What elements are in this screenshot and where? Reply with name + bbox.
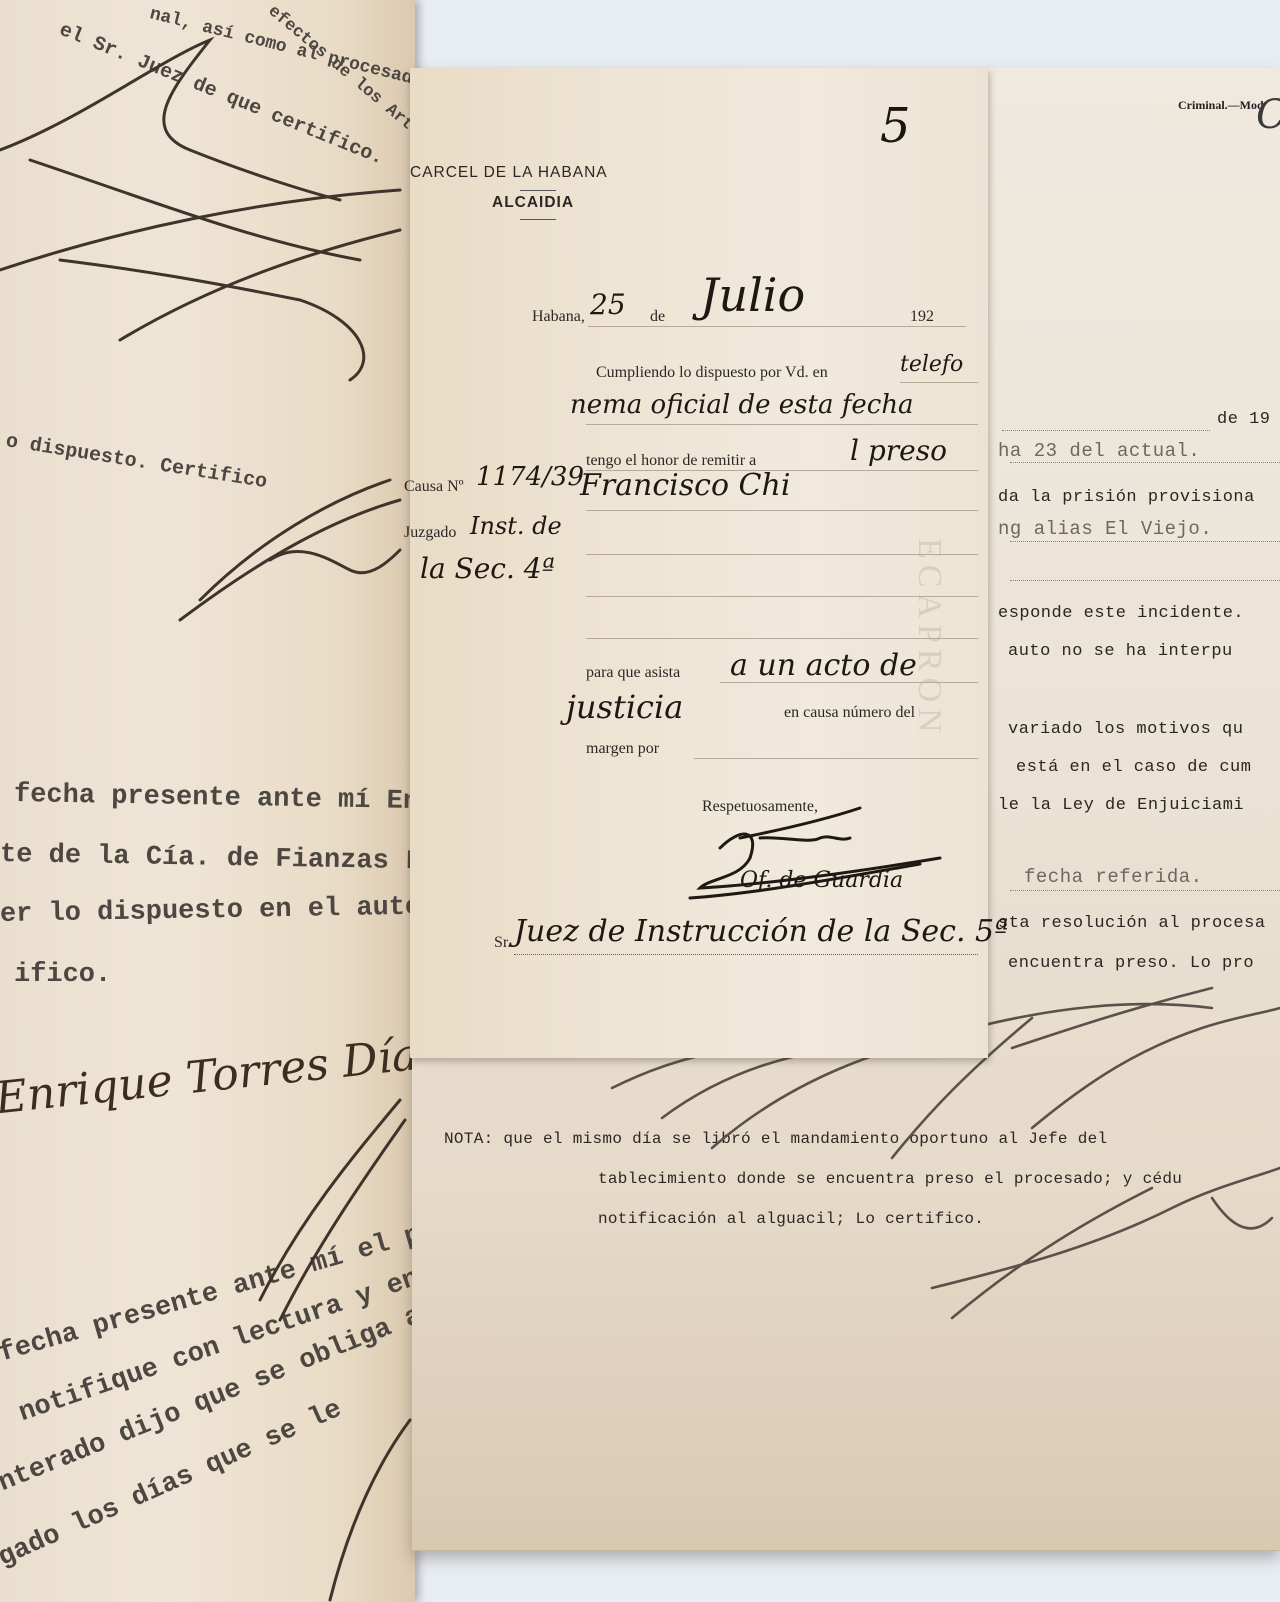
left-line-dispuesto: o dispuesto. Certifico [4, 430, 268, 494]
juzgado-label: Juzgado [404, 524, 456, 542]
typed-line-ley: le la Ley de Enjuiciami [998, 796, 1244, 815]
prison-form-slip: ECAPRON 5 CARCEL DE LA HABANA ALCAIDIA H… [410, 68, 988, 1058]
left-line-fecha-1: fecha presente ante mí Enrique [14, 780, 415, 818]
left-line-auto: er lo dispuesto en el auto que [0, 892, 415, 930]
signature-title: Of. de Guardia [740, 868, 903, 893]
juzgado-section: la Sec. 4ª [420, 552, 555, 585]
fill-rule [586, 596, 978, 597]
date-day: 25 [590, 288, 626, 321]
dotted-rule [1010, 462, 1280, 463]
typed-line-fecha23: ha 23 del actual. [998, 440, 1200, 462]
typed-line-alias: ng alias El Viejo. [998, 518, 1212, 540]
hw-preso: l preso [850, 434, 947, 467]
left-line-ifico: ifico. [14, 960, 111, 990]
institution-name: CARCEL DE LA HABANA [410, 164, 608, 182]
institution-department: ALCAIDIA [492, 194, 574, 212]
nota-line-1: NOTA: que el mismo día se libró el manda… [444, 1130, 1107, 1148]
hw-acto: a un acto de [730, 648, 917, 683]
typed-line-resolucion: sta resolución al procesa [998, 914, 1266, 933]
dotted-rule [1010, 890, 1280, 891]
divider [520, 190, 556, 191]
dotted-rule [1010, 541, 1280, 542]
left-page: el Sr. Juez de que certifico. nal, así c… [0, 0, 415, 1602]
fill-rule [586, 638, 978, 639]
nota-line-2: tablecimiento donde se encuentra preso e… [598, 1170, 1182, 1188]
addressee-judge: Juez de Instrucción de la Sec. 5ª [514, 914, 1008, 949]
dotted-rule [1010, 580, 1280, 581]
date-rule [588, 326, 966, 327]
fill-rule [900, 382, 978, 383]
nota-line-3: notificación al alguacil; Lo certifico. [598, 1210, 984, 1228]
date-month: Julio [700, 268, 805, 322]
fill-rule [586, 510, 978, 511]
hw-telefonema: nema oficial de esta fecha [570, 390, 914, 420]
folio-number: 5 [880, 98, 911, 154]
hw-prisoner-name: Francisco Chi [580, 468, 790, 503]
date-prefix: Habana, [532, 308, 585, 326]
hw-justicia: justicia [566, 688, 683, 726]
causa-label: Causa Nº [404, 478, 464, 496]
printed-para-que-asista: para que asista [586, 664, 680, 682]
typed-line-caso: está en el caso de cum [1016, 758, 1251, 777]
typed-line-prision: da la prisión provisiona [998, 488, 1255, 507]
fill-rule [586, 424, 978, 425]
divider [520, 219, 556, 220]
date-year: 192 [910, 308, 934, 326]
typed-line-motivos: variado los motivos qu [1008, 720, 1243, 739]
addressee-rule [514, 954, 978, 955]
fill-rule [694, 758, 978, 759]
typed-line-preso: encuentra preso. Lo pro [1008, 954, 1254, 973]
printed-cumpliendo: Cumpliendo lo dispuesto por Vd. en [596, 364, 828, 382]
corner-mark-icon: C [1256, 92, 1280, 138]
date-de: de [650, 308, 665, 326]
printed-margen-por: margen por [586, 740, 659, 758]
signature-enrique-torres: Enrique Torres Díaz [0, 1027, 415, 1125]
addressee-prefix: Sr. [494, 934, 511, 952]
form-code: Criminal.—Mod [1178, 98, 1264, 113]
typed-line-year: de 19 [1217, 410, 1271, 429]
printed-en-causa: en causa número del [784, 704, 915, 722]
fill-rule [586, 554, 978, 555]
closing-respetuosamente: Respetuosamente, [702, 798, 818, 816]
typed-line-auto: auto no se ha interpu [1008, 642, 1233, 661]
official-signature [680, 798, 980, 928]
dotted-rule [1002, 430, 1210, 431]
juzgado-value: Inst. de [470, 512, 562, 540]
typed-line-fecha-referida: fecha referida. [1024, 866, 1203, 888]
fill-rule [720, 682, 978, 683]
causa-number: 1174/39 [476, 462, 584, 492]
left-line-cia: te de la Cía. de Fianzas La [0, 840, 415, 878]
typed-line-incidente: esponde este incidente. [998, 604, 1244, 623]
hw-telefo: telefo [900, 352, 963, 377]
